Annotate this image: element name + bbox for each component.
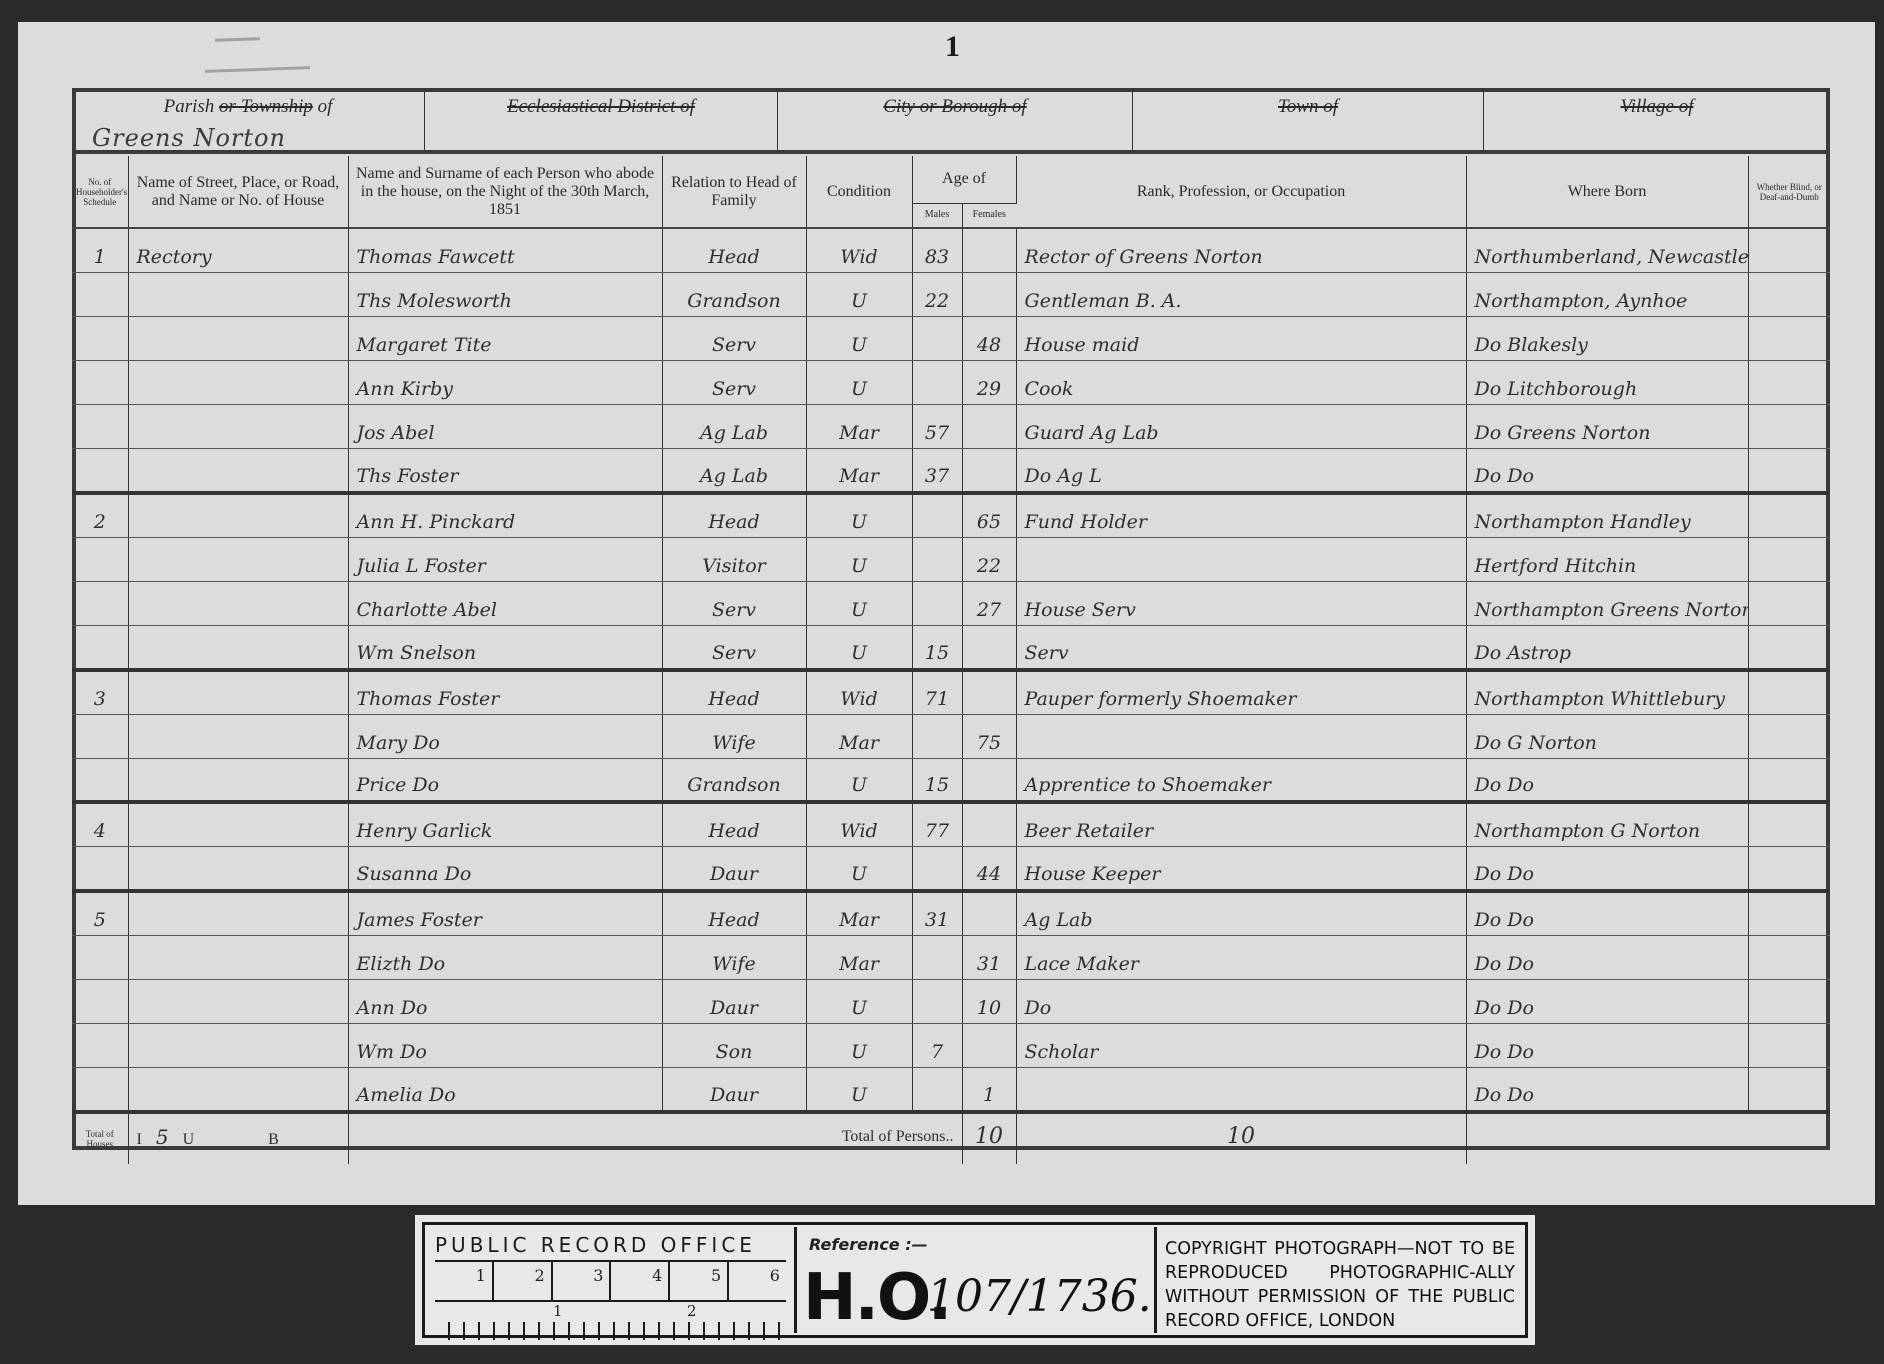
header-name: Name and Surname of each Person who abod… — [348, 156, 662, 228]
blind-deaf-cell — [1748, 670, 1830, 714]
table-row: Wm SnelsonServU15ServDo Astrop — [72, 626, 1830, 670]
schedule-number-cell — [72, 758, 128, 802]
age-male-cell — [912, 714, 962, 758]
table-row: Jos AbelAg LabMar57Guard Ag LabDo Greens… — [72, 405, 1830, 449]
age-female-cell — [962, 272, 1016, 316]
schedule-number-cell: 4 — [72, 802, 128, 846]
blind-deaf-cell — [1748, 537, 1830, 581]
relation-cell: Serv — [662, 582, 806, 626]
total-houses-label: Total of Houses — [72, 1112, 128, 1164]
condition-cell: Mar — [806, 714, 912, 758]
street-name-cell — [128, 272, 348, 316]
condition-cell: U — [806, 1068, 912, 1112]
where-born-cell: Do Do — [1466, 891, 1748, 935]
schedule-number-cell — [72, 582, 128, 626]
copyright-notice: COPYRIGHT PHOTOGRAPH—NOT TO BE REPRODUCE… — [1157, 1227, 1523, 1333]
where-born-cell: Do Do — [1466, 1023, 1748, 1067]
schedule-number-cell — [72, 537, 128, 581]
occupation-cell: Serv — [1016, 626, 1466, 670]
relation-cell: Grandson — [662, 272, 806, 316]
blind-deaf-cell — [1748, 361, 1830, 405]
street-name-cell — [128, 626, 348, 670]
relation-cell: Head — [662, 891, 806, 935]
blind-deaf-cell — [1748, 316, 1830, 360]
relation-cell: Head — [662, 493, 806, 537]
census-rows: 1RectoryThomas FawcettHeadWid83Rector of… — [72, 228, 1830, 1112]
condition-cell: Mar — [806, 891, 912, 935]
age-male-cell — [912, 979, 962, 1023]
age-male-cell — [912, 537, 962, 581]
condition-cell: U — [806, 1023, 912, 1067]
where-born-cell: Do Do — [1466, 935, 1748, 979]
schedule-number-cell: 2 — [72, 493, 128, 537]
relation-cell: Serv — [662, 626, 806, 670]
schedule-number-cell — [72, 979, 128, 1023]
age-female-cell — [962, 228, 1016, 272]
age-male-cell — [912, 361, 962, 405]
condition-cell: U — [806, 758, 912, 802]
occupation-cell: Lace Maker — [1016, 935, 1466, 979]
relation-cell: Head — [662, 670, 806, 714]
blind-deaf-cell — [1748, 714, 1830, 758]
relation-cell: Daur — [662, 1068, 806, 1112]
age-male-cell: 77 — [912, 802, 962, 846]
table-row: Ths MolesworthGrandsonU22Gentleman B. A.… — [72, 272, 1830, 316]
person-name-cell: Elizth Do — [348, 935, 662, 979]
age-male-cell: 71 — [912, 670, 962, 714]
age-male-cell: 31 — [912, 891, 962, 935]
age-female-cell: 48 — [962, 316, 1016, 360]
public-record-office-stamp: PUBLIC RECORD OFFICE 1 2 3 4 5 6 1 2 Ref… — [415, 1215, 1535, 1345]
age-female-cell — [962, 891, 1016, 935]
street-name-cell — [128, 802, 348, 846]
district-header: Parish or Township of Greens Norton Eccl… — [72, 88, 1830, 154]
person-name-cell: Wm Do — [348, 1023, 662, 1067]
relation-cell: Visitor — [662, 537, 806, 581]
person-name-cell: Mary Do — [348, 714, 662, 758]
age-male-cell: 15 — [912, 626, 962, 670]
age-female-cell: 29 — [962, 361, 1016, 405]
schedule-number-cell — [72, 935, 128, 979]
where-born-cell: Do Do — [1466, 979, 1748, 1023]
table-row: Charlotte AbelServU27House ServNorthampt… — [72, 582, 1830, 626]
parish-value: Greens Norton — [92, 124, 286, 152]
header-relation: Relation to Head of Family — [662, 156, 806, 228]
street-name-cell — [128, 405, 348, 449]
blind-deaf-cell — [1748, 935, 1830, 979]
age-male-cell: 37 — [912, 449, 962, 493]
age-male-cell: 22 — [912, 272, 962, 316]
street-name-cell: Rectory — [128, 228, 348, 272]
street-name-cell — [128, 1023, 348, 1067]
page-number: 1 — [945, 30, 960, 64]
blind-deaf-cell — [1748, 891, 1830, 935]
person-name-cell: Ann H. Pinckard — [348, 493, 662, 537]
occupation-cell: Gentleman B. A. — [1016, 272, 1466, 316]
ruler-inch-scale: 1 2 — [435, 1302, 786, 1340]
total-persons-label: Total of Persons.. — [348, 1112, 962, 1164]
occupation-cell: House Keeper — [1016, 847, 1466, 891]
street-name-cell — [128, 714, 348, 758]
total-females: 10 — [1016, 1112, 1466, 1164]
where-born-cell: Do G Norton — [1466, 714, 1748, 758]
ecclesiastical-district-label: Ecclesiastical District of — [425, 96, 777, 118]
table-row: Ann DoDaurU10DoDo Do — [72, 979, 1830, 1023]
table-row: Price DoGrandsonU15Apprentice to Shoemak… — [72, 758, 1830, 802]
stamp-ruler-section: PUBLIC RECORD OFFICE 1 2 3 4 5 6 1 2 — [427, 1227, 797, 1333]
header-males: Males — [912, 203, 962, 228]
street-name-cell — [128, 1068, 348, 1112]
where-born-cell: Northampton Handley — [1466, 493, 1748, 537]
schedule-number-cell — [72, 847, 128, 891]
ruler-cm-scale: 1 2 3 4 5 6 — [435, 1262, 786, 1302]
condition-cell: U — [806, 582, 912, 626]
person-name-cell: Henry Garlick — [348, 802, 662, 846]
blind-deaf-cell — [1748, 582, 1830, 626]
relation-cell: Daur — [662, 979, 806, 1023]
person-name-cell: James Foster — [348, 891, 662, 935]
houses-count-cell: I 5 U B — [128, 1112, 348, 1164]
condition-cell: Mar — [806, 405, 912, 449]
age-female-cell: 27 — [962, 582, 1016, 626]
header-occupation: Rank, Profession, or Occupation — [1016, 156, 1466, 228]
age-female-cell — [962, 1023, 1016, 1067]
parish-cell: Parish or Township of Greens Norton — [72, 88, 425, 150]
relation-cell: Ag Lab — [662, 449, 806, 493]
blind-deaf-cell — [1748, 1068, 1830, 1112]
table-row: Ann KirbyServU29CookDo Litchborough — [72, 361, 1830, 405]
inhabited-label: I — [137, 1131, 142, 1148]
relation-cell: Ag Lab — [662, 405, 806, 449]
relation-cell: Head — [662, 802, 806, 846]
person-name-cell: Thomas Foster — [348, 670, 662, 714]
table-row: 3Thomas FosterHeadWid71Pauper formerly S… — [72, 670, 1830, 714]
header-age: Age of — [912, 156, 1016, 203]
header-schedule-number: No. of Householder's Schedule — [72, 156, 128, 228]
reference-number: 107/1736. — [927, 1271, 1152, 1322]
inhabited-value: 5 — [156, 1125, 169, 1149]
header-females: Females — [962, 203, 1016, 228]
table-row: 4Henry GarlickHeadWid77Beer RetailerNort… — [72, 802, 1830, 846]
where-born-cell: Do Greens Norton — [1466, 405, 1748, 449]
age-female-cell — [962, 405, 1016, 449]
street-name-cell — [128, 670, 348, 714]
table-row: 5James FosterHeadMar31Ag LabDo Do — [72, 891, 1830, 935]
person-name-cell: Price Do — [348, 758, 662, 802]
table-row: Wm DoSonU7ScholarDo Do — [72, 1023, 1830, 1067]
schedule-number-cell — [72, 1023, 128, 1067]
person-name-cell: Ann Do — [348, 979, 662, 1023]
where-born-cell: Do Blakesly — [1466, 316, 1748, 360]
occupation-cell — [1016, 1068, 1466, 1112]
occupation-cell — [1016, 537, 1466, 581]
age-male-cell — [912, 847, 962, 891]
street-name-cell — [128, 582, 348, 626]
street-name-cell — [128, 449, 348, 493]
schedule-number-cell — [72, 626, 128, 670]
uninhabited-label: U — [183, 1131, 195, 1148]
parish-label: Parish or Township of — [72, 96, 424, 118]
condition-cell: Wid — [806, 228, 912, 272]
age-female-cell — [962, 626, 1016, 670]
schedule-number-cell — [72, 1068, 128, 1112]
age-female-cell — [962, 758, 1016, 802]
header-blind-deaf: Whether Blind, or Deaf-and-Dumb — [1748, 156, 1830, 228]
table-row: 1RectoryThomas FawcettHeadWid83Rector of… — [72, 228, 1830, 272]
condition-cell: U — [806, 272, 912, 316]
person-name-cell: Amelia Do — [348, 1068, 662, 1112]
age-female-cell: 31 — [962, 935, 1016, 979]
relation-cell: Wife — [662, 935, 806, 979]
condition-cell: U — [806, 493, 912, 537]
schedule-number-cell: 3 — [72, 670, 128, 714]
condition-cell: U — [806, 361, 912, 405]
where-born-cell: Do Do — [1466, 1068, 1748, 1112]
totals-row: Total of Houses I 5 U B Total of Persons… — [72, 1112, 1830, 1164]
age-male-cell — [912, 582, 962, 626]
age-female-cell — [962, 802, 1016, 846]
age-female-cell: 22 — [962, 537, 1016, 581]
street-name-cell — [128, 891, 348, 935]
person-name-cell: Jos Abel — [348, 405, 662, 449]
occupation-cell — [1016, 714, 1466, 758]
occupation-cell: Cook — [1016, 361, 1466, 405]
street-name-cell — [128, 537, 348, 581]
condition-cell: U — [806, 537, 912, 581]
age-female-cell: 10 — [962, 979, 1016, 1023]
age-male-cell: 57 — [912, 405, 962, 449]
relation-cell: Serv — [662, 361, 806, 405]
blind-deaf-cell — [1748, 979, 1830, 1023]
where-born-cell: Do Do — [1466, 847, 1748, 891]
condition-cell: Wid — [806, 802, 912, 846]
schedule-number-cell — [72, 361, 128, 405]
schedule-number-cell — [72, 714, 128, 758]
table-row: 2Ann H. PinckardHeadU65Fund HolderNortha… — [72, 493, 1830, 537]
city-borough-label: City or Borough of — [778, 96, 1132, 118]
condition-cell: U — [806, 626, 912, 670]
relation-cell: Daur — [662, 847, 806, 891]
village-cell: Village of — [1484, 88, 1830, 150]
header-condition: Condition — [806, 156, 912, 228]
schedule-number-cell — [72, 405, 128, 449]
occupation-cell: Ag Lab — [1016, 891, 1466, 935]
where-born-cell: Northampton G Norton — [1466, 802, 1748, 846]
relation-cell: Grandson — [662, 758, 806, 802]
totals-blank — [1466, 1112, 1830, 1164]
street-name-cell — [128, 361, 348, 405]
age-female-cell: 75 — [962, 714, 1016, 758]
blind-deaf-cell — [1748, 1023, 1830, 1067]
where-born-cell: Northampton Whittlebury — [1466, 670, 1748, 714]
village-label: Village of — [1484, 96, 1830, 118]
person-name-cell: Charlotte Abel — [348, 582, 662, 626]
table-row: Amelia DoDaurU1Do Do — [72, 1068, 1830, 1112]
age-female-cell: 65 — [962, 493, 1016, 537]
blind-deaf-cell — [1748, 802, 1830, 846]
street-name-cell — [128, 758, 348, 802]
schedule-number-cell — [72, 316, 128, 360]
where-born-cell: Northumberland, Newcastle — [1466, 228, 1748, 272]
schedule-number-cell: 5 — [72, 891, 128, 935]
building-label: B — [268, 1131, 279, 1148]
occupation-cell: Pauper formerly Shoemaker — [1016, 670, 1466, 714]
blind-deaf-cell — [1748, 847, 1830, 891]
age-female-cell — [962, 670, 1016, 714]
age-male-cell: 83 — [912, 228, 962, 272]
age-male-cell — [912, 316, 962, 360]
occupation-cell: Do Ag L — [1016, 449, 1466, 493]
table-row: Margaret TiteServU48House maidDo Blakesl… — [72, 316, 1830, 360]
occupation-cell: Guard Ag Lab — [1016, 405, 1466, 449]
table-row: Julia L FosterVisitorU22Hertford Hitchin — [72, 537, 1830, 581]
person-name-cell: Margaret Tite — [348, 316, 662, 360]
where-born-cell: Hertford Hitchin — [1466, 537, 1748, 581]
person-name-cell: Ann Kirby — [348, 361, 662, 405]
header-street: Name of Street, Place, or Road, and Name… — [128, 156, 348, 228]
blind-deaf-cell — [1748, 405, 1830, 449]
where-born-cell: Do Do — [1466, 758, 1748, 802]
table-row: Elizth DoWifeMar31Lace MakerDo Do — [72, 935, 1830, 979]
condition-cell: Mar — [806, 935, 912, 979]
age-male-cell: 15 — [912, 758, 962, 802]
person-name-cell: Wm Snelson — [348, 626, 662, 670]
occupation-cell: House maid — [1016, 316, 1466, 360]
person-name-cell: Julia L Foster — [348, 537, 662, 581]
blind-deaf-cell — [1748, 626, 1830, 670]
occupation-cell: Rector of Greens Norton — [1016, 228, 1466, 272]
city-borough-cell: City or Borough of — [778, 88, 1133, 150]
person-name-cell: Ths Molesworth — [348, 272, 662, 316]
person-name-cell: Thomas Fawcett — [348, 228, 662, 272]
total-males: 10 — [962, 1112, 1016, 1164]
where-born-cell: Do Astrop — [1466, 626, 1748, 670]
occupation-cell: House Serv — [1016, 582, 1466, 626]
age-female-cell: 44 — [962, 847, 1016, 891]
condition-cell: Mar — [806, 449, 912, 493]
relation-cell: Serv — [662, 316, 806, 360]
schedule-number-cell — [72, 272, 128, 316]
condition-cell: U — [806, 316, 912, 360]
age-female-cell: 1 — [962, 1068, 1016, 1112]
condition-cell: Wid — [806, 670, 912, 714]
ecclesiastical-district-cell: Ecclesiastical District of — [425, 88, 778, 150]
town-label: Town of — [1133, 96, 1483, 118]
table-row: Ths FosterAg LabMar37Do Ag LDo Do — [72, 449, 1830, 493]
blind-deaf-cell — [1748, 758, 1830, 802]
where-born-cell: Do Do — [1466, 449, 1748, 493]
where-born-cell: Do Litchborough — [1466, 361, 1748, 405]
condition-cell: U — [806, 847, 912, 891]
age-male-cell: 7 — [912, 1023, 962, 1067]
stamp-reference-section: Reference :— H.O. 107/1736. — [797, 1227, 1157, 1333]
person-name-cell: Susanna Do — [348, 847, 662, 891]
street-name-cell — [128, 979, 348, 1023]
relation-cell: Son — [662, 1023, 806, 1067]
occupation-cell: Fund Holder — [1016, 493, 1466, 537]
blind-deaf-cell — [1748, 449, 1830, 493]
blind-deaf-cell — [1748, 493, 1830, 537]
census-table: No. of Householder's Schedule Name of St… — [72, 156, 1830, 1164]
where-born-cell: Northampton, Aynhoe — [1466, 272, 1748, 316]
age-male-cell — [912, 1068, 962, 1112]
street-name-cell — [128, 316, 348, 360]
street-name-cell — [128, 935, 348, 979]
occupation-cell: Do — [1016, 979, 1466, 1023]
occupation-cell: Beer Retailer — [1016, 802, 1466, 846]
header-where-born: Where Born — [1466, 156, 1748, 228]
person-name-cell: Ths Foster — [348, 449, 662, 493]
age-female-cell — [962, 449, 1016, 493]
occupation-cell: Apprentice to Shoemaker — [1016, 758, 1466, 802]
stamp-office-title: PUBLIC RECORD OFFICE — [435, 1233, 786, 1262]
schedule-number-cell: 1 — [72, 228, 128, 272]
blind-deaf-cell — [1748, 272, 1830, 316]
condition-cell: U — [806, 979, 912, 1023]
table-row: Susanna DoDaurU44House KeeperDo Do — [72, 847, 1830, 891]
reference-label: Reference :— — [809, 1235, 928, 1254]
occupation-cell: Scholar — [1016, 1023, 1466, 1067]
town-cell: Town of — [1133, 88, 1484, 150]
street-name-cell — [128, 847, 348, 891]
age-male-cell — [912, 493, 962, 537]
where-born-cell: Northampton Greens Norton — [1466, 582, 1748, 626]
relation-cell: Head — [662, 228, 806, 272]
blind-deaf-cell — [1748, 228, 1830, 272]
table-row: Mary DoWifeMar75Do G Norton — [72, 714, 1830, 758]
relation-cell: Wife — [662, 714, 806, 758]
schedule-number-cell — [72, 449, 128, 493]
street-name-cell — [128, 493, 348, 537]
age-male-cell — [912, 935, 962, 979]
